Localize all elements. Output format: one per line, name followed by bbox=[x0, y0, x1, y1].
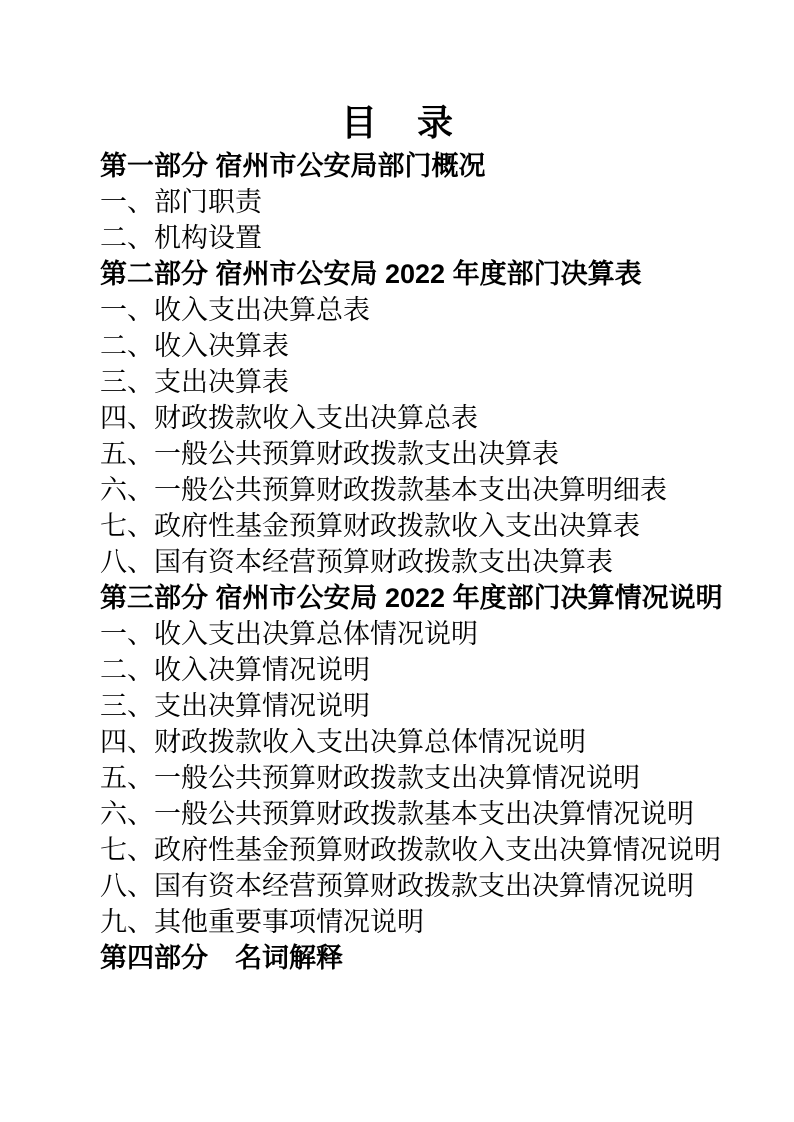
toc-section-heading: 第一部分 宿州市公安局部门概况 bbox=[100, 148, 696, 184]
toc-item: 八、国有资本经营预算财政拨款支出决算表 bbox=[100, 544, 696, 580]
toc-item: 二、机构设置 bbox=[100, 220, 696, 256]
toc-item: 四、财政拨款收入支出决算总表 bbox=[100, 400, 696, 436]
toc-section-heading: 第二部分 宿州市公安局 2022 年度部门决算表 bbox=[100, 256, 696, 292]
page-title: 目 录 bbox=[100, 101, 696, 148]
toc-item: 六、一般公共预算财政拨款基本支出决算明细表 bbox=[100, 472, 696, 508]
toc-item: 二、收入决算情况说明 bbox=[100, 652, 696, 688]
toc: 第一部分 宿州市公安局部门概况一、部门职责二、机构设置第二部分 宿州市公安局 2… bbox=[100, 148, 696, 976]
toc-item: 五、一般公共预算财政拨款支出决算情况说明 bbox=[100, 760, 696, 796]
toc-item: 九、其他重要事项情况说明 bbox=[100, 904, 696, 940]
toc-item: 五、一般公共预算财政拨款支出决算表 bbox=[100, 436, 696, 472]
toc-item: 三、支出决算情况说明 bbox=[100, 688, 696, 724]
toc-content: 目 录 第一部分 宿州市公安局部门概况一、部门职责二、机构设置第二部分 宿州市公… bbox=[100, 101, 696, 976]
document-page: 目 录 第一部分 宿州市公安局部门概况一、部门职责二、机构设置第二部分 宿州市公… bbox=[0, 0, 794, 1122]
toc-item: 八、国有资本经营预算财政拨款支出决算情况说明 bbox=[100, 868, 696, 904]
toc-item: 六、一般公共预算财政拨款基本支出决算情况说明 bbox=[100, 796, 696, 832]
toc-item: 一、收入支出决算总体情况说明 bbox=[100, 616, 696, 652]
toc-item: 一、部门职责 bbox=[100, 184, 696, 220]
toc-section-heading: 第三部分 宿州市公安局 2022 年度部门决算情况说明 bbox=[100, 580, 696, 616]
toc-section-heading: 第四部分 名词解释 bbox=[100, 940, 696, 976]
toc-item: 三、支出决算表 bbox=[100, 364, 696, 400]
toc-item: 二、收入决算表 bbox=[100, 328, 696, 364]
toc-item: 一、收入支出决算总表 bbox=[100, 292, 696, 328]
toc-item: 七、政府性基金预算财政拨款收入支出决算情况说明 bbox=[100, 832, 696, 868]
toc-item: 四、财政拨款收入支出决算总体情况说明 bbox=[100, 724, 696, 760]
toc-item: 七、政府性基金预算财政拨款收入支出决算表 bbox=[100, 508, 696, 544]
